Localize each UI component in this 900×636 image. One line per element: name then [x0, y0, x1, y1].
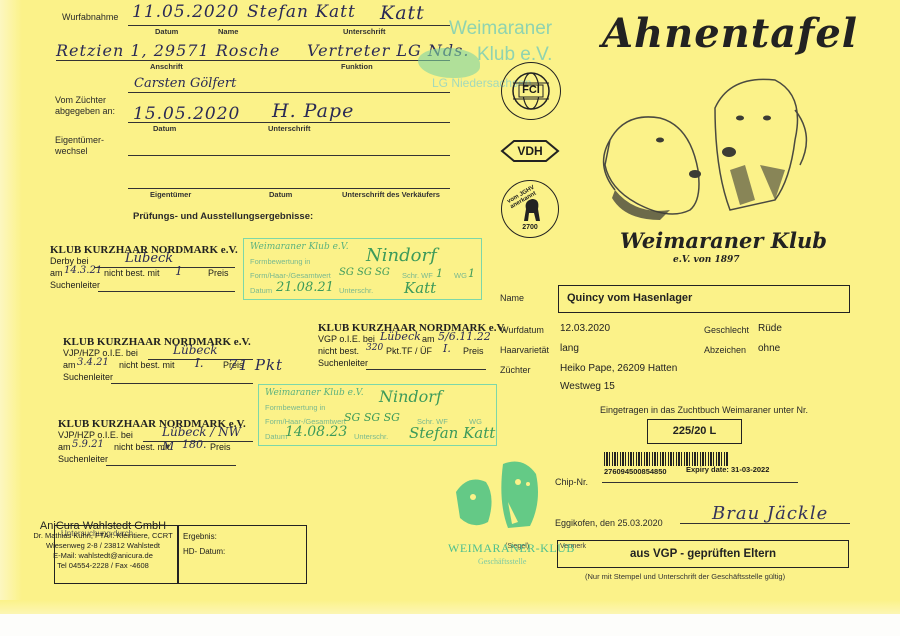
eigentuemer-label-line2: wechsel: [55, 146, 104, 157]
result-4-am: am: [422, 334, 435, 344]
zuchtbuch-box: 225/20 L: [647, 419, 742, 444]
form-stamp-1-row2-label: Form/Haar-/Gesamtwert: [250, 271, 331, 280]
result-1-line2: am 14.3.21 nicht best. mit 1 Preis: [50, 268, 238, 280]
vet-stamp-line3: Wiesenweg 2-8 / 23812 Wahlstedt: [20, 541, 186, 551]
dog-name: Quincy vom Hasenlager: [567, 292, 692, 304]
line-eigentuemer-1: [128, 155, 450, 156]
result-4-prize: I.: [443, 342, 451, 355]
weimaraner-dogs-illustration: [590, 70, 820, 230]
abzeichen-label: Abzeichen: [704, 345, 746, 355]
result-2: KLUB KURZHAAR NORDMARK e.V. VJP/HZP o.I.…: [63, 336, 251, 384]
seal-line1: WEIMARANER-KLUB: [448, 541, 575, 556]
caption-datum-2: Datum: [153, 124, 176, 133]
haarvarietaet-value: lang: [560, 343, 579, 354]
jghv-number: 2700: [502, 224, 558, 231]
result-1-prize: 1: [175, 264, 183, 278]
vet-stamp-line2: Dr. Mathias Kuhn, FTA f. Kleintiere, CCR…: [20, 531, 186, 541]
line-abgegeben: [128, 122, 450, 123]
line-abgegeben-name: [128, 92, 450, 93]
form-stamp-1-sign-label: Unterschr.: [339, 286, 373, 295]
chip-expiry: Expiry date: 31-03-2022: [686, 465, 769, 474]
abgegeben-label-line2: abgegeben an:: [55, 106, 115, 117]
line-anschrift: [56, 60, 450, 61]
vet-stamp-line1: AniCura Wahlstedt GmbH: [20, 521, 186, 531]
result-4-preis: Preis: [463, 346, 484, 356]
footnote: (Nur mit Stempel und Unterschrift der Ge…: [585, 572, 785, 581]
line-eigentuemer-2: [128, 188, 450, 189]
abgegeben-name: Carsten Gölfert: [134, 76, 236, 91]
place-date: Eggikofen, den 25.03.2020: [555, 518, 663, 528]
zuchtbuch-nr: 225/20 L: [648, 425, 741, 437]
form-stamp-1-row1-value: Nindorf: [366, 245, 437, 266]
result-2-line3: Suchenleiter: [63, 372, 251, 384]
eigentuemer-label: Eigentümer- wechsel: [55, 135, 104, 157]
chip-barcode: [604, 452, 728, 466]
form-stamp-2-sign-value: Stefan Katt: [409, 424, 495, 442]
result-1-leader-label: Suchenleiter: [50, 280, 100, 290]
wurfabnahme-label: Wurfabnahme: [62, 12, 118, 22]
horse-icon: [516, 195, 544, 223]
anschrift-value: Retzien 1, 29571 Rosche: [56, 41, 280, 60]
form-stamp-2-sign-label: Unterschr.: [354, 432, 388, 441]
geschlecht-label: Geschlecht: [704, 325, 749, 335]
form-stamp-1-wg-value: 1: [468, 267, 475, 280]
form-stamp-2-header: Weimaraner Klub e.V.: [265, 388, 364, 398]
geschlecht-value: Rüde: [758, 323, 782, 334]
eigentuemer-label-line1: Eigentümer-: [55, 135, 104, 146]
fci-text: FCI: [519, 84, 543, 96]
abgegeben-label: Vom Züchter abgegeben an:: [55, 95, 115, 117]
caption-funktion: Funktion: [341, 62, 373, 71]
result-4-location: Lübeck: [380, 330, 421, 343]
result-4-nicht-best: nicht best.: [318, 346, 359, 356]
result-1-preis: Preis: [208, 268, 229, 278]
form-stamp-1-date-label: Datum: [250, 286, 272, 295]
result-3-leader-label: Suchenleiter: [58, 454, 108, 464]
abgegeben-date: 15.05.2020: [133, 104, 240, 124]
abzeichen-value: ohne: [758, 343, 780, 354]
vet-stamp-line5: Tel 04554-2228 / Fax -4608: [20, 561, 186, 571]
vdh-logo: VDH: [500, 139, 560, 163]
name-box: Quincy vom Hasenlager: [558, 285, 850, 313]
form-stamp-1-wg-label: WG: [454, 271, 467, 280]
wurfdatum-value: 12.03.2020: [560, 323, 610, 334]
wurfabnahme-name: Stefan Katt: [247, 2, 356, 22]
result-3-prize: 180.: [182, 438, 207, 451]
result-3-line3: Suchenleiter: [58, 454, 246, 466]
form-stamp-2-row1-value: Nindorf: [379, 387, 442, 406]
result-3-am: am: [58, 442, 71, 452]
form-stamp-1-sign-value: Katt: [404, 279, 436, 297]
caption-anschrift: Anschrift: [150, 62, 183, 71]
wurfabnahme-signature: Katt: [380, 2, 425, 24]
stamp-top-line1: Weimaraner: [449, 18, 552, 40]
result-3-nicht-best: nicht best. mit: [114, 442, 170, 452]
result-4-line3: Suchenleiter: [318, 358, 506, 370]
document-title: Ahnentafel: [602, 10, 858, 57]
form-stamp-1-wf-value: 1: [436, 267, 443, 280]
hd-ergebnis-label: Ergebnis:: [183, 532, 217, 541]
abgegeben-label-line1: Vom Züchter: [55, 95, 115, 106]
form-stamp-2: Weimaraner Klub e.V. Formbewertung in Ni…: [258, 384, 497, 446]
jghv-logo: vom JGHV anerkannt 2700: [501, 180, 559, 238]
form-stamp-1-row1-label: Formbewertung in: [250, 257, 310, 266]
zuchtbuch-label: Eingetragen in das Zuchtbuch Weimaraner …: [600, 405, 808, 415]
zuechter-line2: Westweg 15: [560, 381, 615, 392]
form-stamp-2-date-label: Datum: [265, 432, 287, 441]
result-2-line2: am 3.4.21 nicht best. mit I. Preis: [63, 360, 251, 372]
line-signature: [680, 523, 850, 524]
result-2-leader-label: Suchenleiter: [63, 372, 113, 382]
seal-dogs-icon: [448, 452, 548, 534]
caption-eigentuemer: Eigentümer: [150, 190, 191, 199]
result-1-date: 14.3.21: [64, 265, 102, 276]
result-3-preis: Preis: [210, 442, 231, 452]
form-stamp-1: Weimaraner Klub e.V. Formbewertung in Ni…: [243, 238, 482, 300]
vdh-text: VDH: [500, 144, 560, 158]
dog-portrait-icon: [590, 70, 820, 230]
hd-datum-label: HD- Datum:: [183, 547, 225, 556]
result-3-line2: am 5.9.21 nicht best. mit 180. Preis: [58, 442, 246, 454]
vet-stamp-line4: E-Mail: wahlstedt@anicura.de: [20, 551, 186, 561]
result-4-line1: VGP o.I.E. bei Lübeck am 5/6.11.22: [318, 334, 506, 346]
result-2-date: 3.4.21: [77, 357, 109, 368]
vet-stamp: AniCura Wahlstedt GmbH Dr. Mathias Kuhn,…: [20, 521, 186, 571]
result-4-pkt-label: Pkt.TF / ÜF: [386, 346, 432, 356]
caption-name: Name: [218, 27, 238, 36]
form-stamp-2-row1-label: Formbewertung in: [265, 403, 325, 412]
result-1-location: Lübeck: [125, 251, 173, 266]
haarvarietaet-label: Haarvarietät: [500, 345, 549, 355]
result-2-location: Lübeck: [173, 343, 217, 357]
result-2-club: KLUB KURZHAAR NORDMARK e.V.: [63, 336, 251, 348]
result-1-am: am: [50, 268, 63, 278]
caption-datum-3: Datum: [269, 190, 292, 199]
hd-result-cell: Ergebnis: HD- Datum:: [177, 525, 307, 584]
result-2-prize: I.: [195, 356, 204, 370]
paper-edge: [0, 0, 22, 612]
result-2-nicht-best: nicht best. mit: [119, 360, 175, 370]
green-seal-dogs: [448, 452, 548, 534]
fci-logo: FCI: [501, 62, 561, 120]
line-wurfabnahme: [128, 25, 450, 26]
paper-bottom-edge: [0, 600, 900, 614]
seal-line2: Geschäftsstelle: [478, 557, 526, 566]
chip-number: 276094500854850: [604, 467, 667, 476]
result-1-line3: Suchenleiter: [50, 280, 238, 292]
caption-verkaeufer: Unterschrift des Verkäufers: [342, 190, 440, 199]
result-1: KLUB KURZHAAR NORDMARK e.V. Derby bei Lü…: [50, 244, 238, 292]
zuechter-line1: Heiko Pape, 26209 Hatten: [560, 363, 677, 374]
vermerk-value: aus VGP - geprüften Eltern: [558, 548, 848, 560]
vermerk-box: Vermerk aus VGP - geprüften Eltern: [557, 540, 849, 568]
wurfdatum-label: Wurfdatum: [500, 325, 544, 335]
result-3: KLUB KURZHAAR NORDMARK e.V. VJP/HZP o.I.…: [58, 418, 246, 466]
name-label: Name: [500, 293, 524, 303]
form-stamp-1-row2-value: SG SG SG: [339, 267, 390, 278]
result-2-am: am: [63, 360, 76, 370]
result-3-date: 5.9.21: [72, 439, 104, 450]
form-stamp-1-date-value: 21.08.21: [276, 280, 334, 295]
result-4-leader-label: Suchenleiter: [318, 358, 368, 368]
result-2-note: 71 Pkt: [228, 356, 283, 374]
results-heading: Prüfungs- und Ausstellungsergebnisse:: [133, 211, 313, 222]
caption-unterschrift-2: Unterschrift: [268, 124, 311, 133]
form-stamp-1-header: Weimaraner Klub e.V.: [250, 242, 349, 252]
line-chip: [602, 482, 798, 483]
registry-signature: Brau Jäckle: [712, 503, 828, 524]
result-4-points: 320: [366, 343, 383, 353]
form-stamp-2-date-value: 14.08.23: [285, 424, 347, 440]
club-name: Weimaraner Klub: [620, 228, 827, 253]
result-4-line2: nicht best. 320 Pkt.TF / ÜF I. Preis: [318, 346, 506, 358]
wurfabnahme-date: 11.05.2020: [132, 2, 239, 22]
result-4: KLUB KURZHAAR NORDMARK e.V. VGP o.I.E. b…: [318, 322, 506, 370]
result-1-nicht-best: nicht best. mit: [104, 268, 160, 278]
form-stamp-2-row2-value: SG SG SG: [344, 411, 400, 424]
club-subtitle: e.V. von 1897: [673, 255, 740, 265]
caption-unterschrift: Unterschrift: [343, 27, 386, 36]
abgegeben-signature: H. Pape: [272, 100, 354, 122]
chip-label: Chip-Nr.: [555, 477, 588, 487]
caption-datum: Datum: [155, 27, 178, 36]
